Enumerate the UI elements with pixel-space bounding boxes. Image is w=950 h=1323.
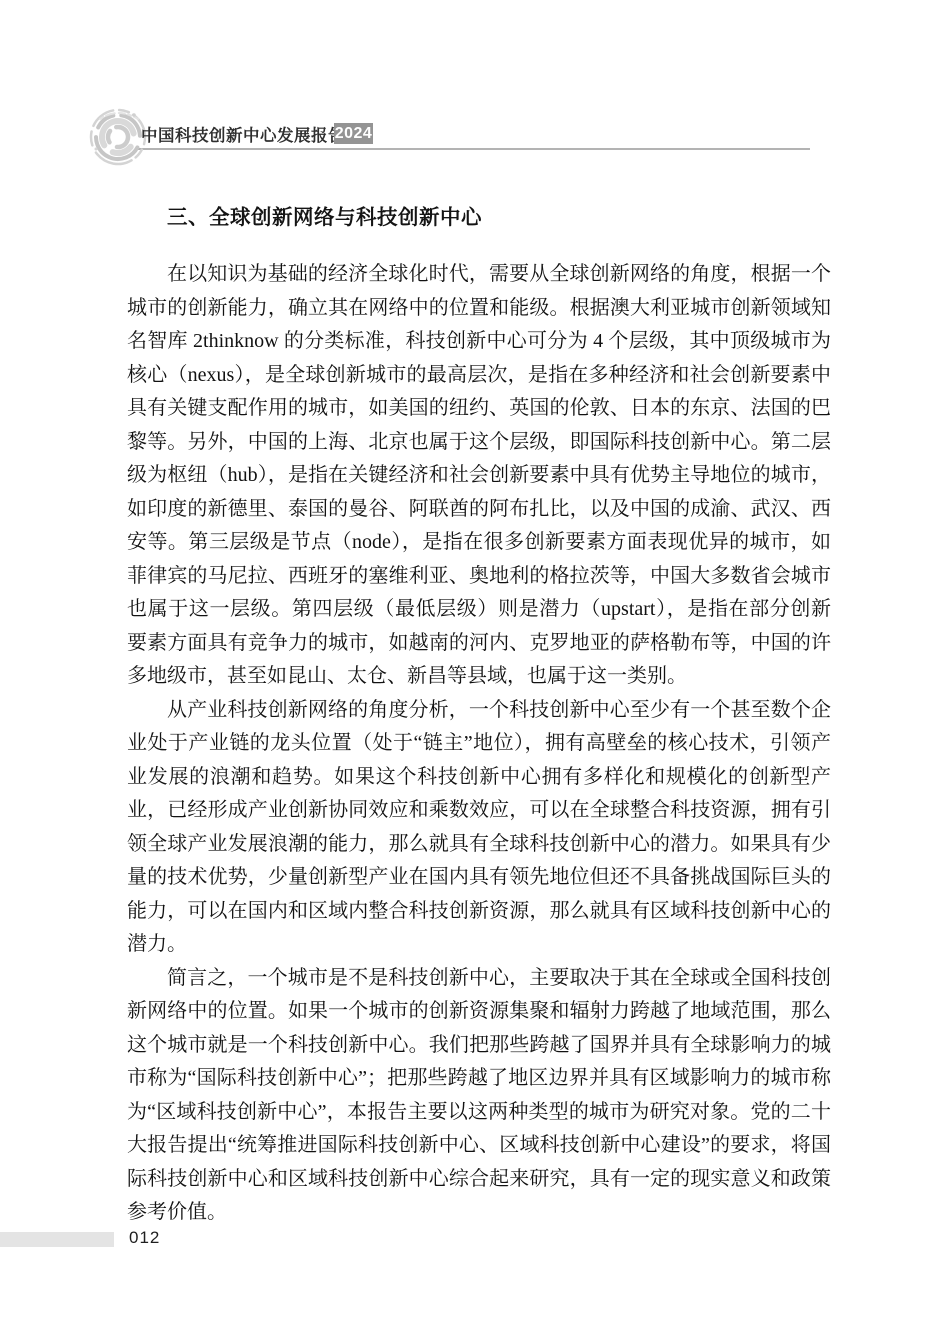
book-page: 中国科技创新中心发展报告 2024 三、全球创新网络与科技创新中心 在以知识为基… — [0, 0, 950, 1323]
report-title: 中国科技创新中心发展报告 — [141, 122, 345, 146]
paragraph-summary-definition: 简言之，一个城市是不是科技创新中心，主要取决于其在全球或全国科技创新网络中的位置… — [127, 962, 831, 1230]
paragraph-industry-network-analysis: 从产业科技创新网络的角度分析，一个科技创新中心至少有一个甚至数个企业处于产业链的… — [127, 694, 831, 962]
section-heading: 三、全球创新网络与科技创新中心 — [167, 200, 482, 230]
body-text: 在以知识为基础的经济全球化时代，需要从全球创新网络的角度，根据一个城市的创新能力… — [127, 258, 831, 1230]
footer-bar — [0, 1232, 114, 1247]
year-badge: 2024 — [334, 123, 373, 144]
page-number: 012 — [129, 1228, 160, 1248]
paragraph-innovation-network-tiers: 在以知识为基础的经济全球化时代，需要从全球创新网络的角度，根据一个城市的创新能力… — [127, 258, 831, 694]
header-divider — [135, 148, 810, 150]
